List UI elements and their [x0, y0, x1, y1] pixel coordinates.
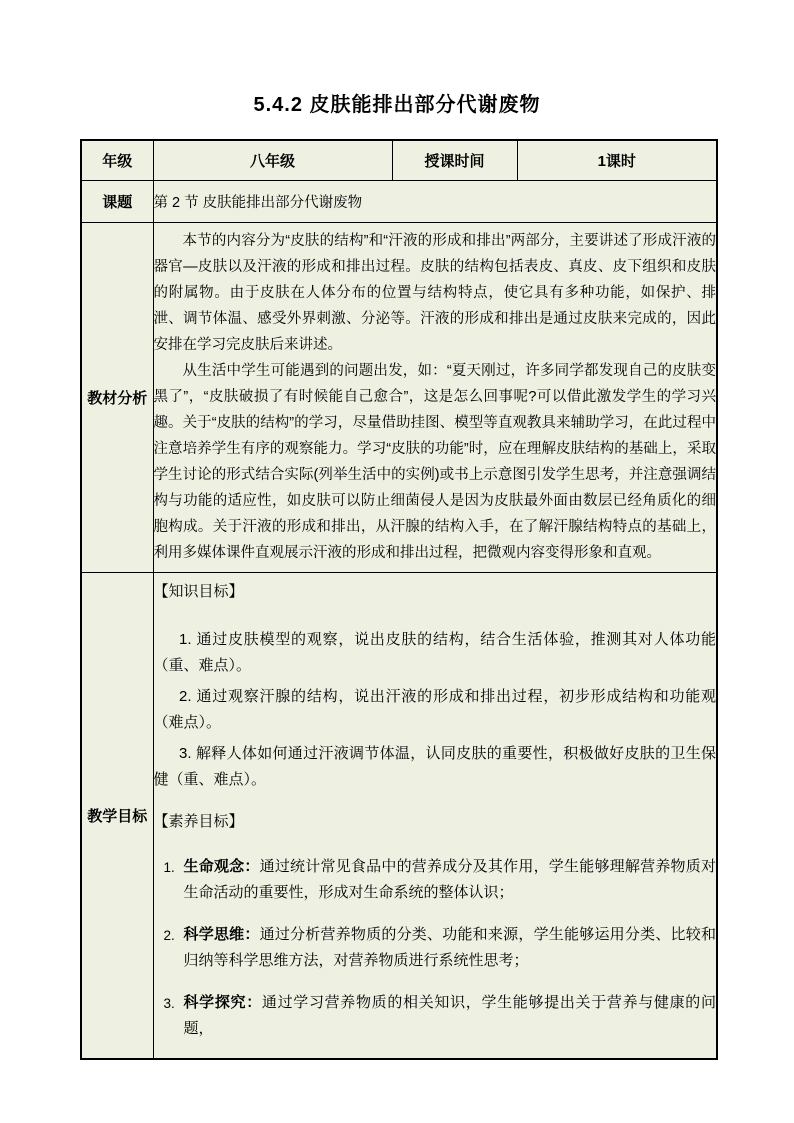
header-row: 年级 八年级 授课时间 1课时	[81, 140, 717, 180]
knowledge-goals-header: 【知识目标】	[154, 579, 717, 605]
teaching-objectives-content-cell: 【知识目标】 1. 通过皮肤模型的观察，说出皮肤的结构，结合生活体验，推测其对人…	[153, 572, 717, 1059]
analysis-paragraph-2: 从生活中学生可能遇到的问题出发，如：“夏天刚过，许多同学都发现自己的皮肤变黑了”…	[154, 358, 717, 566]
material-analysis-content-cell: 本节的内容分为“皮肤的结构”和“汗液的形成和排出”两部分，主要讲述了形成汗液的器…	[153, 222, 717, 572]
lesson-plan-table: 年级 八年级 授课时间 1课时 课题 第 2 节 皮肤能排出部分代谢废物 教材分…	[80, 139, 718, 1060]
teaching-time-value-cell: 1课时	[517, 140, 717, 180]
literacy-goal-text: 科学思维：通过分析营养物质的分类、功能和来源，学生能够运用分类、比较和归纳等科学…	[179, 922, 717, 974]
literacy-goal-description: 通过统计常见食品中的营养成分及其作用，学生能够理解营养物质对生命活动的重要性，形…	[184, 858, 716, 901]
teaching-time-label-cell: 授课时间	[392, 140, 517, 180]
literacy-goals-header: 【素养目标】	[154, 809, 717, 835]
teaching-objectives-label-cell: 教学目标	[81, 572, 153, 1059]
literacy-goal-term: 科学思维：	[184, 926, 260, 943]
topic-label-cell: 课题	[81, 180, 153, 222]
page-title: 5.4.2 皮肤能排出部分代谢废物	[0, 0, 794, 118]
objectives-content: 【知识目标】 1. 通过皮肤模型的观察，说出皮肤的结构，结合生活体验，推测其对人…	[154, 573, 717, 1058]
topic-row: 课题 第 2 节 皮肤能排出部分代谢废物	[81, 180, 717, 222]
literacy-goal-text: 科学探究：通过学习营养物质的相关知识，学生能够提出关于营养与健康的问题，	[179, 990, 717, 1042]
topic-value-cell: 第 2 节 皮肤能排出部分代谢废物	[153, 180, 717, 222]
knowledge-goal-item: 1. 通过皮肤模型的观察，说出皮肤的结构，结合生活体验，推测其对人体功能（重、难…	[154, 627, 717, 679]
teaching-objectives-row: 教学目标 【知识目标】 1. 通过皮肤模型的观察，说出皮肤的结构，结合生活体验，…	[81, 572, 717, 1059]
material-analysis-row: 教材分析 本节的内容分为“皮肤的结构”和“汗液的形成和排出”两部分，主要讲述了形…	[81, 222, 717, 572]
analysis-paragraph-1: 本节的内容分为“皮肤的结构”和“汗液的形成和排出”两部分，主要讲述了形成汗液的器…	[154, 228, 717, 358]
list-number: 3.	[164, 990, 179, 1042]
grade-label-cell: 年级	[81, 140, 153, 180]
literacy-goal-item: 3. 科学探究：通过学习营养物质的相关知识，学生能够提出关于营养与健康的问题，	[154, 990, 717, 1042]
list-number: 2.	[164, 922, 179, 974]
list-number: 1.	[164, 854, 179, 906]
literacy-goal-description: 通过学习营养物质的相关知识，学生能够提出关于营养与健康的问题，	[184, 994, 716, 1037]
document-page: 5.4.2 皮肤能排出部分代谢废物 年级 八年级 授课时间 1课时 课题 第 2…	[0, 0, 794, 1123]
grade-value-cell: 八年级	[153, 140, 392, 180]
knowledge-goal-item: 3. 解释人体如何通过汗液调节体温，认同皮肤的重要性，积极做好皮肤的卫生保健（重…	[154, 741, 717, 793]
knowledge-goal-item: 2. 通过观察汗腺的结构，说出汗液的形成和排出过程，初步形成结构和功能观 （难点…	[154, 684, 717, 736]
material-analysis-label-cell: 教材分析	[81, 222, 153, 572]
literacy-goal-item: 2. 科学思维：通过分析营养物质的分类、功能和来源，学生能够运用分类、比较和归纳…	[154, 922, 717, 974]
literacy-goal-term: 科学探究：	[184, 994, 262, 1011]
literacy-goal-item: 1. 生命观念：通过统计常见食品中的营养成分及其作用，学生能够理解营养物质对生命…	[154, 854, 717, 906]
literacy-goal-description: 通过分析营养物质的分类、功能和来源，学生能够运用分类、比较和归纳等科学思维方法，…	[184, 926, 716, 969]
literacy-goal-term: 生命观念：	[184, 858, 260, 875]
literacy-goal-text: 生命观念：通过统计常见食品中的营养成分及其作用，学生能够理解营养物质对生命活动的…	[179, 854, 717, 906]
